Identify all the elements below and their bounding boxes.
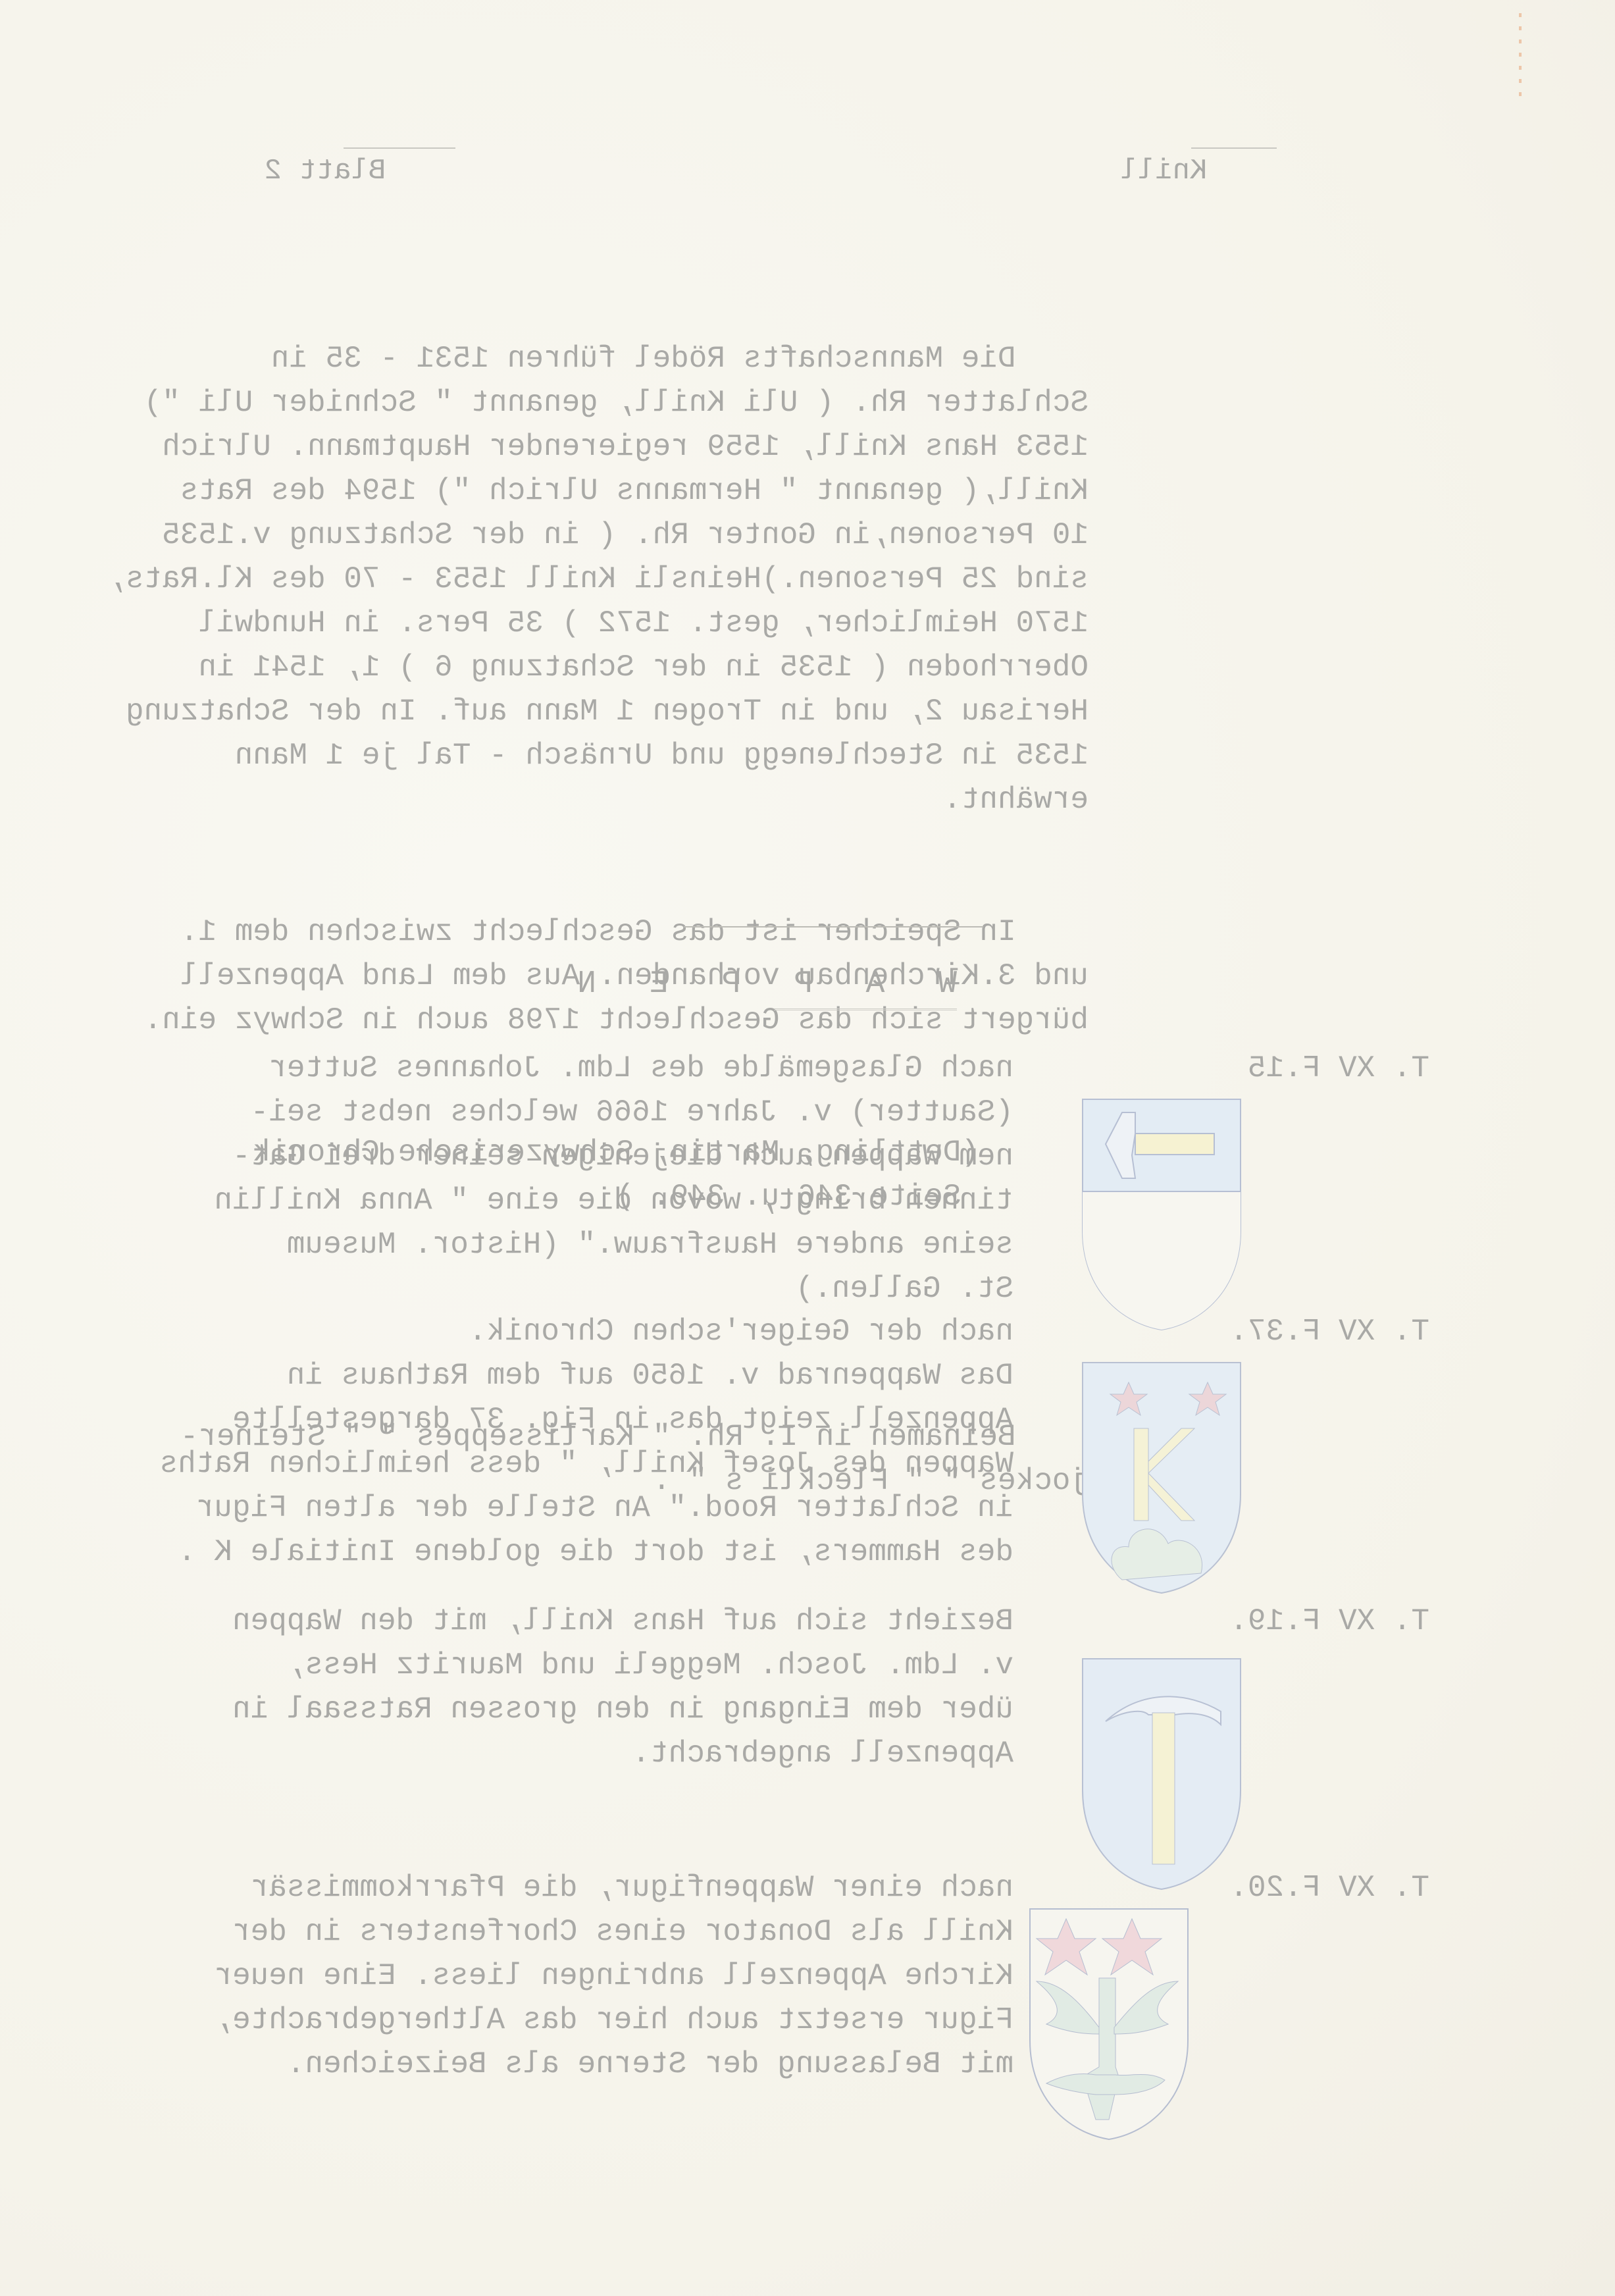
text-line: nach einer Wappenfigur, die Pfarrkommiss… [214,1866,1013,1910]
text-line: 1535 in Stechlenegg und Urnäsch - Tal je… [107,734,1089,778]
sheet-label-underline [344,147,455,149]
section-title: W A P P E N [560,962,957,1006]
text-line: tinnen bringt, wovon die eine " Anna Kni… [214,1179,1013,1223]
section-title-underline [774,1008,957,1010]
family-name-underline [1191,147,1277,149]
text-line: nem Wappen auch diejenigen seiner drei G… [214,1135,1013,1179]
section-divider [684,926,983,927]
text-line: Knill als Donator eines Chorfensters in … [214,1910,1013,1954]
text-line: In Speicher ist das Geschlecht zwischen … [107,910,1089,954]
text-line: Kirche Appenzell anbringen liess. Eine n… [214,1954,1013,1998]
sheet-label: Blatt 2 [265,155,386,188]
text-line: in Schlatter Rood." An Stelle der alten … [160,1486,1013,1530]
text-line: Oberrhoden ( 1535 in der Schatzung 6 ) 1… [107,646,1089,690]
text-line: 1570 Heimlicher, gest. 1572 ) 35 Pers. i… [107,602,1089,646]
shield-letter-k-icon [1073,1356,1250,1603]
arms-reference: T. XV F.19. [1229,1600,1429,1644]
text-line: (Sautter) v. Jahre 1666 welches nebst se… [214,1091,1013,1135]
text-line: 10 Personen,in Gonter Rh. ( in der Schat… [107,513,1089,558]
shield-pickaxe-icon [1073,1652,1250,1899]
intro-paragraph-1: Die Mannschafts Rödel führen 1531 - 35 i… [107,337,1089,822]
shield-stars-tree-icon [1010,1902,1208,2149]
arms-description: nach Glasgemälde des Ldm. Johannes Sutte… [214,1047,1013,1311]
text-line: Die Mannschafts Rödel führen 1531 - 35 i… [107,337,1089,381]
text-line: 1553 Hans Knill, 1559 regierender Hauptm… [107,425,1089,469]
text-line: Schlatter Rh. ( Uli Knill, genannt " Sch… [107,381,1089,425]
arms-reference: T. XV F.37. [1229,1310,1429,1354]
arms-reference: T. XV F.20. [1229,1866,1429,1910]
arms-reference: T. XV F.15 [1248,1047,1429,1091]
arms-description: nach der Geiger'schen Chronik.Das Wappen… [160,1310,1013,1575]
text-line: seine andere Hausfrauw." (Histor. Museum [214,1223,1013,1267]
shield-hammer-icon [1073,1093,1250,1340]
text-line: mit Belassung der Sterne als Beizeichen. [214,2043,1013,2087]
text-line: Appenzell angebracht. [232,1732,1013,1776]
text-line: nach Glasgemälde des Ldm. Johannes Sutte… [214,1047,1013,1091]
arms-description: Bezieht sich auf Hans Knill, mit den Wap… [232,1600,1013,1776]
text-line: St. Gallen.) [214,1267,1013,1311]
text-line: Herisau 2, und in Trogen 1 Mann auf. In … [107,690,1089,734]
text-line: des Hammers, ist dort die goldene Initia… [160,1530,1013,1575]
text-line: sind 25 Personen.)Heinsli Knill 1553 - 7… [107,558,1089,602]
text-line: Figur ersetzt auch hier das Althergebrac… [214,1998,1013,2043]
arms-description: nach einer Wappenfigur, die Pfarrkommiss… [214,1866,1013,2087]
text-line: über dem Eingang in den grossen Ratssaal… [232,1688,1013,1732]
text-line: Knill,( genannt " Hermanns Ulrich ") 159… [107,469,1089,513]
text-line: nach der Geiger'schen Chronik. [160,1310,1013,1354]
text-line: v. Ldm. Josch. Meggeli und Mauritz Hess, [232,1644,1013,1688]
family-name-header: Knill [1120,105,1277,282]
text-line: Bezieht sich auf Hans Knill, mit den Wap… [232,1600,1013,1644]
text-line: Das Wappenrad v. 1650 auf dem Rathaus in [160,1354,1013,1398]
family-name: Knill [1120,155,1207,188]
text-line: Appenzell zeigt das in Fig. 37 dargestel… [160,1398,1013,1442]
text-line: erwähnt. [107,778,1089,822]
mirrored-sheet: Knill Blatt 2 Die Mannschafts Rödel führ… [0,0,1615,2296]
text-line: Wappen des Josef Knill, " dess heimliche… [160,1442,1013,1486]
